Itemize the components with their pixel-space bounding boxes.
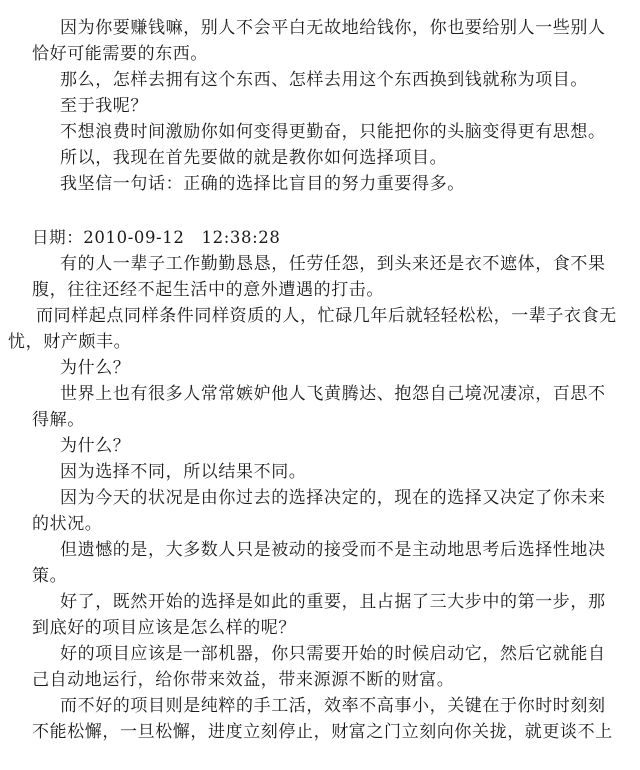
paragraph-line: 的状况。	[32, 514, 102, 534]
paragraph-line: 好的项目应该是一部机器，你只需要开始的时候启动它，然后它就能自	[60, 644, 606, 664]
paragraph-line: 因为今天的状况是由你过去的选择决定的，现在的选择又决定了你未来	[60, 488, 606, 508]
paragraph-line: 因为选择不同，所以结果不同。	[60, 462, 306, 482]
paragraph-line: 而不好的项目则是纯粹的手工活，效率不高事小，关键在于你时时刻刻	[60, 696, 606, 716]
paragraph-line: 世界上也有很多人常常嫉妒他人飞黄腾达、抱怨自己境况凄凉，百思不	[60, 384, 606, 404]
paragraph-line: 为什么？	[60, 436, 130, 456]
paragraph-line: 己自动地运行，给你带来效益，带来源源不断的财富。	[32, 670, 454, 690]
paragraph-line: 至于我呢？	[60, 96, 148, 116]
paragraph-line: 而同样起点同样条件同样资质的人，忙碌几年后就轻轻松松，一辈子衣食无	[36, 306, 617, 326]
paragraph-line: 不能松懈，一旦松懈，进度立刻停止，财富之门立刻向你关拢，就更谈不上	[32, 722, 613, 742]
paragraph-line: 所以，我现在首先要做的就是教你如何选择项目。	[60, 148, 447, 168]
paragraph-line: 有的人一辈子工作勤勤恳恳，任劳任怨，到头来还是衣不遮体，食不果	[60, 254, 606, 274]
paragraph-line: 忧，财产颇丰。	[8, 332, 131, 352]
date-timestamp: 日期：2010-09-12 12:38:28	[32, 228, 280, 248]
paragraph-line: 腹，往往还经不起生活中的意外遭遇的打击。	[32, 280, 384, 300]
paragraph-line: 但遗憾的是，大多数人只是被动的接受而不是主动地思考后选择性地决	[60, 540, 606, 560]
paragraph-line: 那么，怎样去拥有这个东西、怎样去用这个东西换到钱就称为项目。	[60, 70, 588, 90]
paragraph-line: 我坚信一句话：正确的选择比盲目的努力重要得多。	[60, 174, 465, 194]
paragraph-line: 到底好的项目应该是怎么样的呢？	[32, 618, 296, 638]
paragraph-line: 不想浪费时间激励你如何变得更勤奋，只能把你的头脑变得更有思想。	[60, 122, 606, 142]
paragraph-line: 好了，既然开始的选择是如此的重要，且占据了三大步中的第一步，那	[60, 592, 606, 612]
paragraph-line: 恰好可能需要的东西。	[32, 44, 208, 64]
paragraph-line: 因为你要赚钱嘛，别人不会平白无故地给钱你，你也要给别人一些别人	[60, 18, 606, 38]
paragraph-line: 为什么？	[60, 358, 130, 378]
paragraph-line: 策。	[32, 566, 67, 586]
paragraph-line: 得解。	[32, 410, 85, 430]
